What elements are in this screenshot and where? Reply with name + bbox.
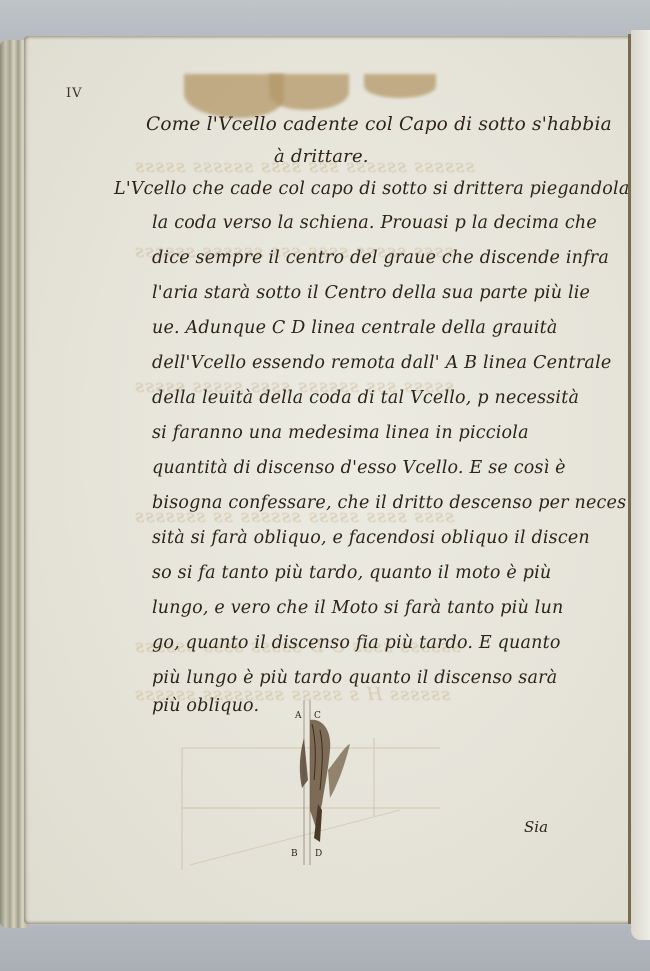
body-line: bisogna confessare, che il dritto descen…	[152, 493, 626, 513]
label-b: B	[291, 849, 298, 859]
label-d: D	[315, 849, 322, 859]
body-line: quantità di discenso d'esso Vcello. E se…	[152, 458, 566, 478]
body-line: dice sempre il centro del graue che disc…	[152, 248, 609, 268]
body-line: si faranno una medesima linea in picciol…	[152, 423, 529, 443]
backdrop-bottom	[0, 925, 650, 971]
body-line: dell'Vcello essendo remota dall' A B lin…	[152, 353, 611, 373]
body-line: so si fa tanto più tardo, quanto il moto…	[152, 563, 551, 583]
body-line: la coda verso la schiena. Prouasi p la d…	[152, 213, 597, 233]
body-line: ue. Adunque C D linea centrale della gra…	[152, 318, 558, 338]
falling-bird-figure: A C B D	[170, 700, 470, 870]
body-line: della leuità della coda di tal Vcello, p…	[152, 388, 579, 408]
backdrop-top	[0, 0, 650, 40]
body-line: più lungo è più tardo quanto il discenso…	[152, 668, 557, 688]
facing-page-edge	[631, 30, 650, 940]
title-line: à drittare.	[274, 146, 369, 167]
body-line: sità si farà obliquo, e facendosi obliqu…	[152, 528, 590, 548]
binding-gutter	[628, 34, 631, 924]
body-line: lungo, e vero che il Moto si farà tanto …	[152, 598, 563, 618]
body-line: L'Vcello che cade col capo di sotto si d…	[114, 179, 629, 199]
body-line: l'aria starà sotto il Centro della sua p…	[152, 283, 590, 303]
title-line: Come l'Vcello cadente col Capo di sotto …	[146, 114, 612, 135]
body-line: go, quanto il discenso fia più tardo. E …	[152, 633, 561, 653]
bird-drawing-icon: A C B D	[170, 700, 470, 870]
label-a: A	[294, 711, 302, 721]
label-c: C	[314, 711, 321, 721]
catchword: Sia	[524, 818, 548, 836]
manuscript-page: IV ssssss ssssss sss ssss ssssss sssss s…	[24, 36, 630, 924]
